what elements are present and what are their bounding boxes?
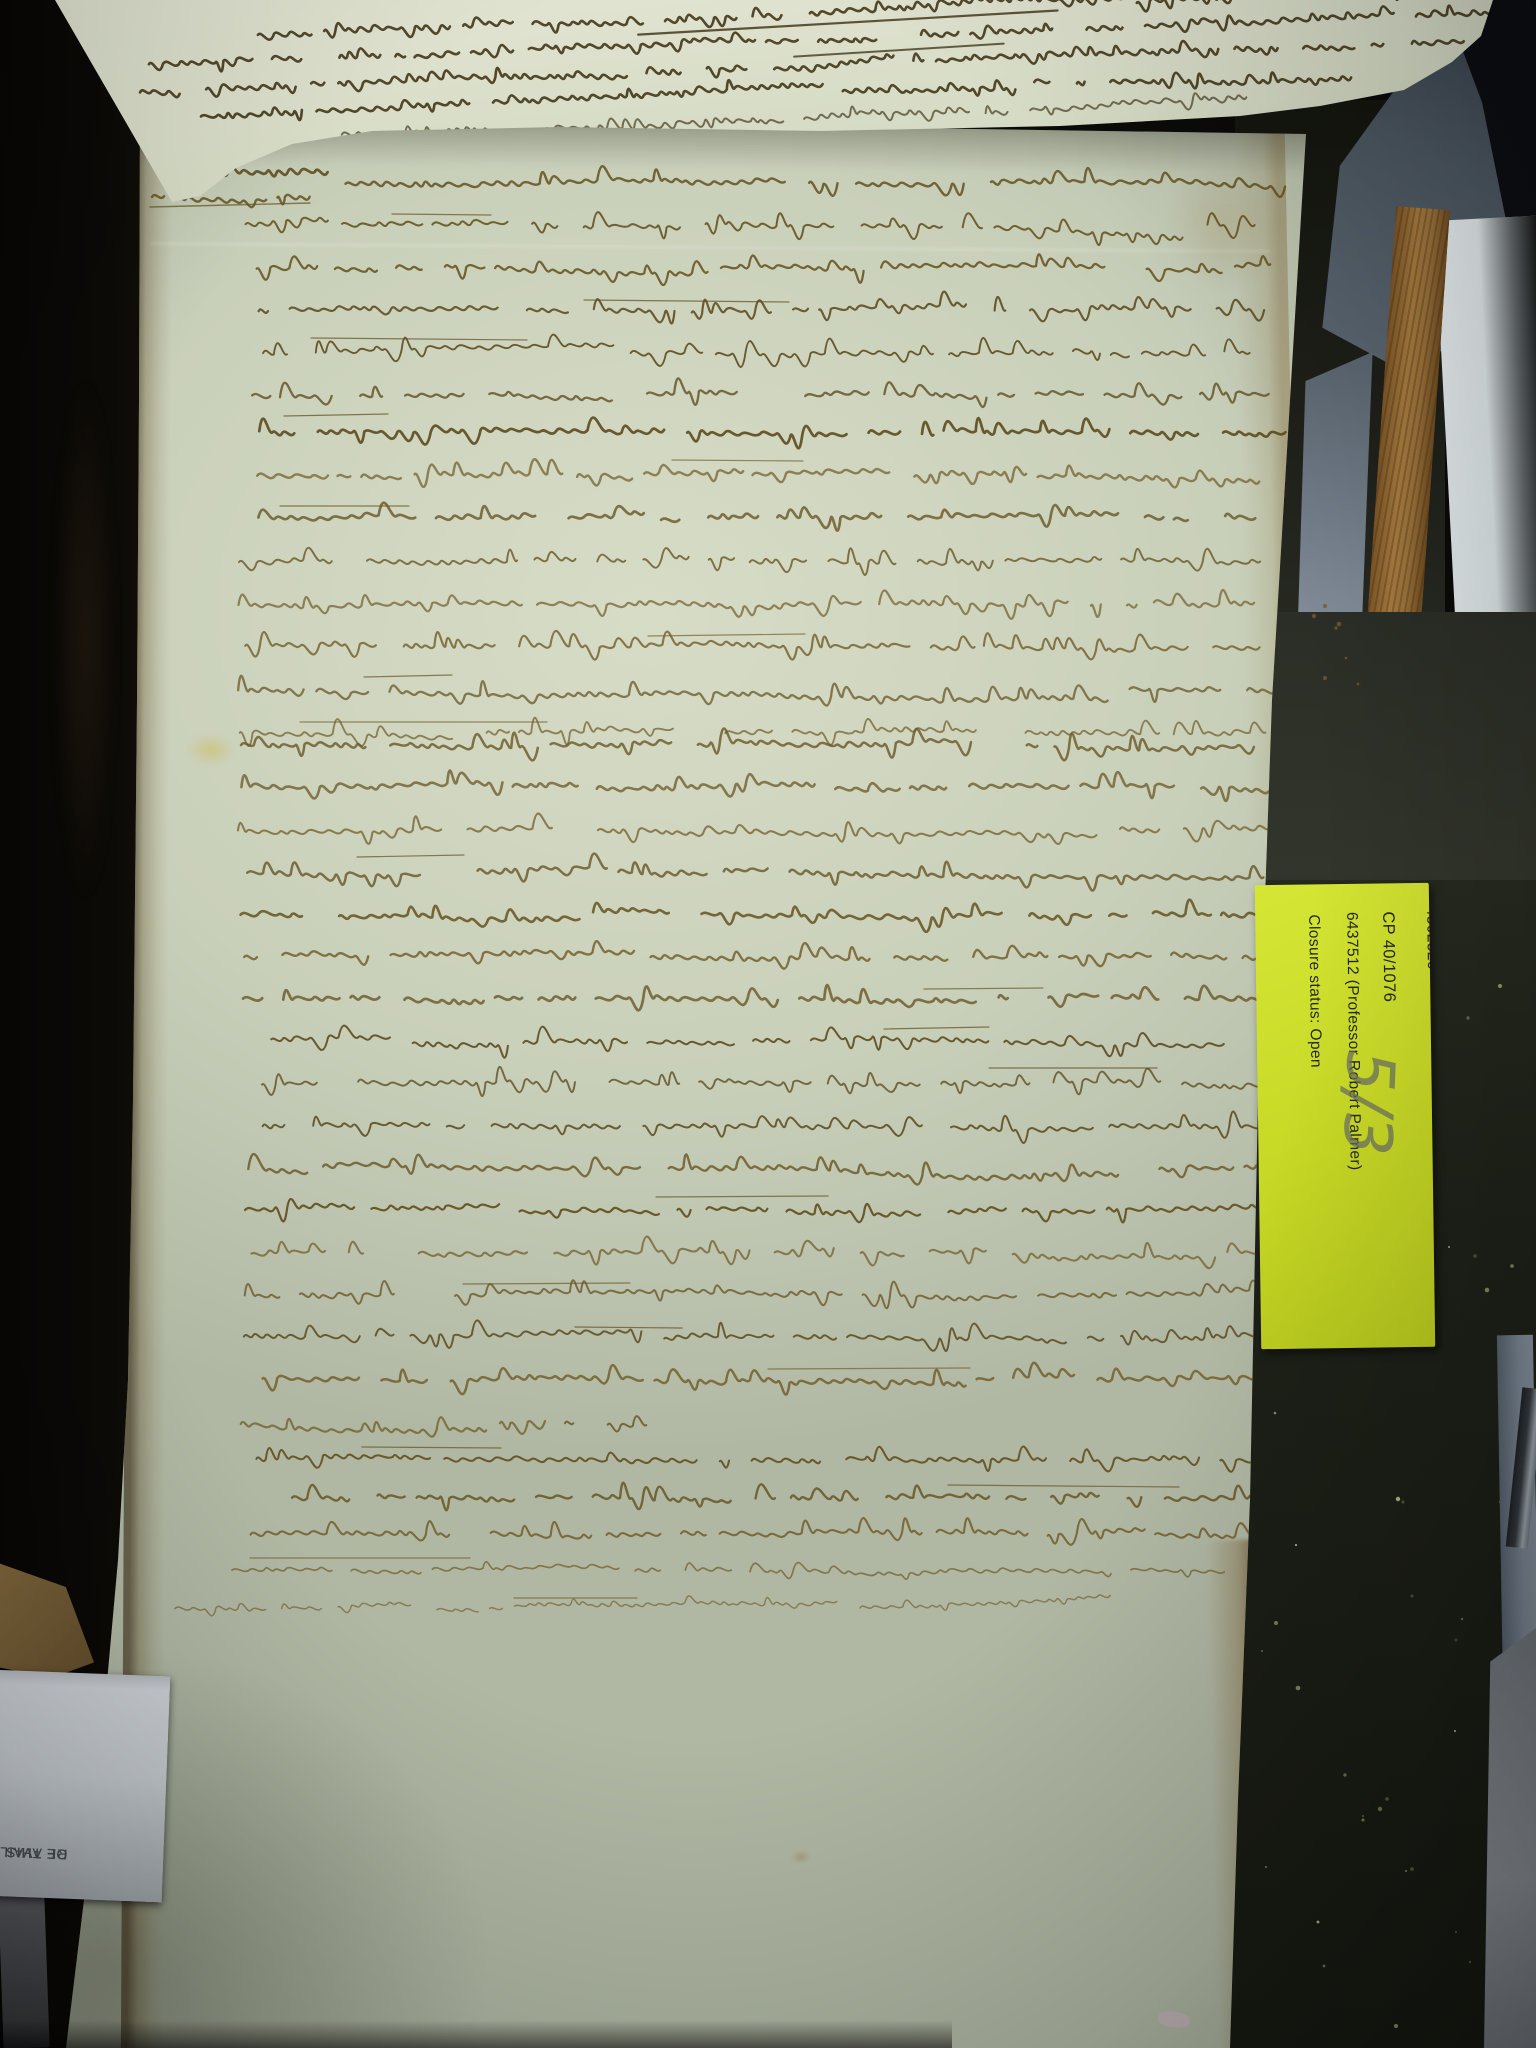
sticky-note: 4502520 CP 40/1076 6437512 (Professor Ro… xyxy=(1255,883,1435,1349)
slip-text-block: OF THIS MARK RE AVAILABLE FR OF THIS MAR… xyxy=(0,1668,170,1903)
gray-floor-patch xyxy=(1484,1628,1536,2048)
reference-slip: OF THIS MARK RE AVAILABLE FR OF THIS MAR… xyxy=(0,1668,170,1903)
note-reference: CP 40/1076 xyxy=(1378,911,1398,1002)
note-closure-status: Closure status: Open xyxy=(1304,914,1325,1068)
slip-line: RE AVAILABLE FR xyxy=(0,1835,68,1869)
pencil-mark: 5/3 xyxy=(1328,1048,1409,1157)
archive-photo-scene: 4502520 CP 40/1076 6437512 (Professor Ro… xyxy=(0,0,1536,2048)
bottom-shadow xyxy=(0,2020,952,2048)
